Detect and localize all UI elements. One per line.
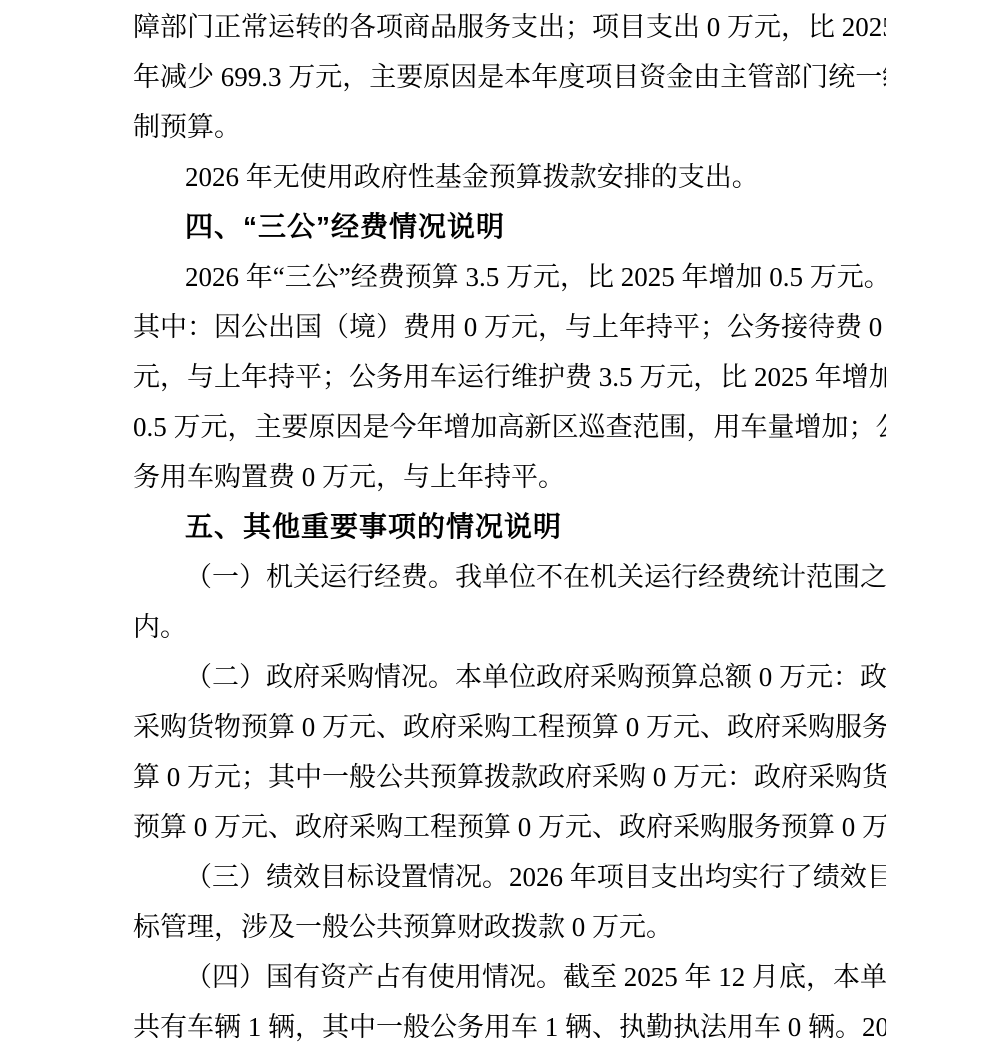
text-line: 制预算。 [133, 102, 886, 152]
text-line: （三）绩效目标设置情况。2026 年项目支出均实行了绩效目 [133, 852, 886, 902]
text-line: 其中：因公出国（境）费用 0 万元，与上年持平；公务接待费 0 万 [133, 302, 886, 352]
document-page: 障部门正常运转的各项商品服务支出；项目支出 0 万元，比 2025 年减少 69… [0, 0, 1000, 1052]
text-line: 采购货物预算 0 万元、政府采购工程预算 0 万元、政府采购服务预 [133, 702, 886, 752]
text-line: 2026 年无使用政府性基金预算拨款安排的支出。 [133, 152, 886, 202]
text-line: 算 0 万元；其中一般公共预算拨款政府采购 0 万元：政府采购货物 [133, 752, 886, 802]
text-line: 0.5 万元，主要原因是今年增加高新区巡查范围，用车量增加；公 [133, 402, 886, 452]
document-text-block: 障部门正常运转的各项商品服务支出；项目支出 0 万元，比 2025 年减少 69… [133, 2, 886, 1052]
text-line: 年减少 699.3 万元，主要原因是本年度项目资金由主管部门统一编 [133, 52, 886, 102]
text-line: 务用车购置费 0 万元，与上年持平。 [133, 452, 886, 502]
text-line: 障部门正常运转的各项商品服务支出；项目支出 0 万元，比 2025 [133, 2, 886, 52]
text-line: 预算 0 万元、政府采购工程预算 0 万元、政府采购服务预算 0 万元。 [133, 802, 886, 852]
text-line: （四）国有资产占有使用情况。截至 2025 年 12 月底，本单位 [133, 952, 886, 1002]
text-line: （二）政府采购情况。本单位政府采购预算总额 0 万元：政府 [133, 652, 886, 702]
text-line: 内。 [133, 602, 886, 652]
text-line: 共有车辆 1 辆，其中一般公务用车 1 辆、执勤执法用车 0 辆。2026 [133, 1002, 886, 1052]
text-line: 标管理，涉及一般公共预算财政拨款 0 万元。 [133, 902, 886, 952]
text-line: 元，与上年持平；公务用车运行维护费 3.5 万元，比 2025 年增加 [133, 352, 886, 402]
section-5-heading: 五、其他重要事项的情况说明 [133, 502, 886, 552]
text-line: （一）机关运行经费。我单位不在机关运行经费统计范围之 [133, 552, 886, 602]
text-line: 2026 年“三公”经费预算 3.5 万元，比 2025 年增加 0.5 万元。 [133, 252, 886, 302]
section-4-heading: 四、“三公”经费情况说明 [133, 202, 886, 252]
